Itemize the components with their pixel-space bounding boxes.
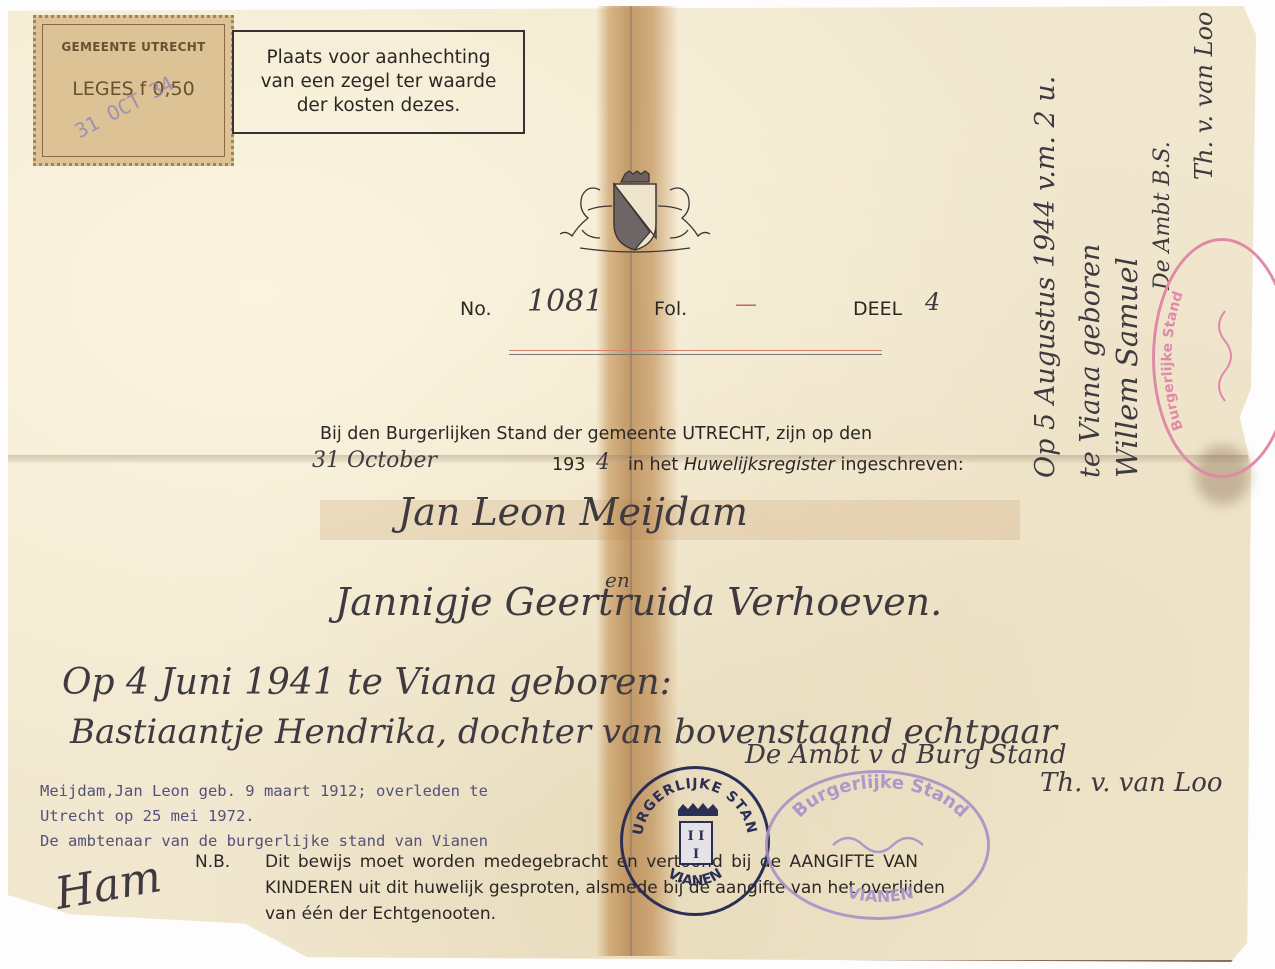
registry-deel-value: 4 [925,288,940,316]
nb-line-3: van één der Echtgenooten. [265,904,496,924]
intro-line-1: Bij den Burgerlijken Stand der gemeente … [320,424,872,444]
margin-note-line-1: Op 5 Augustus 1944 v.m. 2 u. [1030,76,1061,478]
flourish-icon: Burgerlijke Stand [1155,241,1275,481]
divider-line [509,350,882,351]
seal-notice-line: Plaats voor aanhechting [234,46,523,70]
intro-text: ingeschreven: [840,455,963,475]
burgerlijke-stand-oval-stamp: Burgerlijke Stand VIANEN [765,770,990,920]
divider-line [509,354,882,355]
groom-name: Jan Leon Meijdam [398,490,748,534]
coat-of-arms-icon [540,170,730,255]
svg-text:Burgerlijke Stand: Burgerlijke Stand [789,773,973,822]
typed-note-line-3: De ambtenaar van de burgerlijke stand va… [40,832,488,850]
year-suffix: 4 [596,450,610,475]
svg-text:I: I [693,847,699,862]
typed-note-line-2: Utrecht op 25 mei 1972. [40,807,255,825]
fee-stamp-issuer: GEMEENTE UTRECHT [36,40,231,54]
vianen-round-stamp: BURGERLIJKE STAND VIANEN I I I [620,766,770,916]
svg-text:VIANEN: VIANEN [665,866,725,890]
birth-note-line-1: Op 4 Juni 1941 te Viana geboren: [62,662,672,703]
typed-note-line-1: Meijdam,Jan Leon geb. 9 maart 1912; over… [40,782,488,800]
margin-note-line-3: Willem Samuel [1110,257,1144,478]
marriage-date: 31 October [312,448,437,473]
flourish-icon: Burgerlijke Stand VIANEN [768,773,993,923]
svg-text:Burgerlijke Stand: Burgerlijke Stand [1159,289,1186,432]
burgerlijke-stand-pink-stamp: Burgerlijke Stand [1152,238,1275,478]
intro-text: in het [628,455,678,475]
registry-no-value: 1081 [527,284,603,319]
margin-note-line-2: te Viana geboren [1075,244,1106,478]
vianen-arms-icon: BURGERLIJKE STAND VIANEN I I I [620,766,770,916]
seal-notice-line: der kosten dezes. [234,94,523,118]
seal-notice-box: Plaats voor aanhechting van een zegel te… [232,30,525,134]
margin-note-signature: Th. v. van Loo [1190,12,1218,180]
registry-fol-value: — [735,292,757,317]
official-signature: Th. v. van Loo [1040,768,1223,798]
registry-fol-label: Fol. [654,298,687,320]
seal-notice-line: van een zegel ter waarde [234,70,523,94]
svg-text:I I: I I [688,829,705,844]
year-prefix: 193 [552,455,585,475]
bride-name: Jannigje Geertruida Verhoeven. [335,580,942,624]
intro-line-2: in het Huwelijksregister ingeschreven: [628,455,964,475]
svg-text:VIANEN: VIANEN [846,883,916,906]
registry-no-label: No. [460,298,492,320]
birth-note-line-3: De Ambt v d Burg Stand [745,740,1066,770]
nb-label: N.B. [195,852,230,872]
registry-deel-label: DEEL [853,298,902,320]
register-name: Huwelijksregister [684,455,835,475]
